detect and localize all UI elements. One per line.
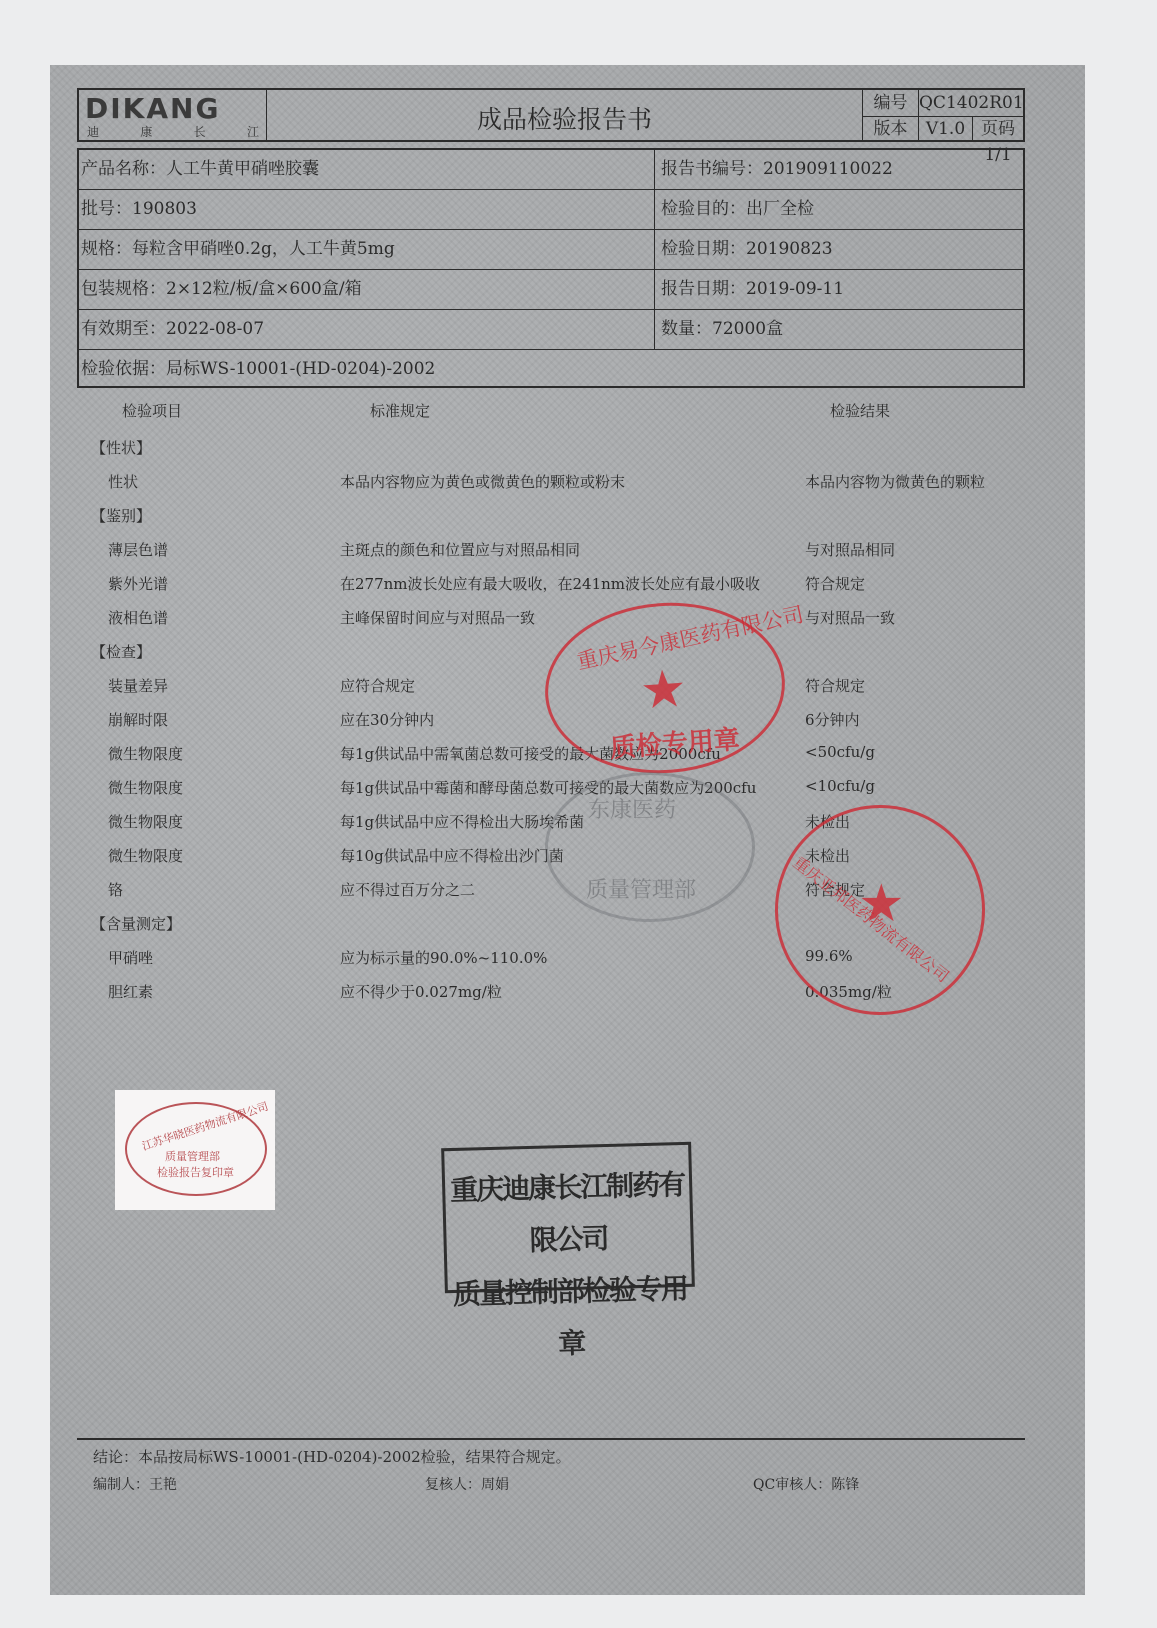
result-item-name: 崩解时限 xyxy=(108,709,168,730)
packaging-spec: 包装规格：2×12粒/板/盒×600盒/箱 xyxy=(79,270,655,309)
copy-stamp: 江苏华晓医药物流有限公司 质量管理部 检验报告复印章 xyxy=(125,1102,267,1196)
specification: 规格：每粒含甲硝唑0.2g，人工牛黄5mg xyxy=(79,230,655,269)
result-standard: 本品内容物应为黄色或微黄色的颗粒或粉末 xyxy=(340,471,625,492)
batch-number: 批号：190803 xyxy=(79,190,655,229)
result-standard: 应为标示量的90.0%~110.0% xyxy=(340,947,547,968)
report-number: 报告书编号：201909110022 xyxy=(655,150,1023,189)
copy-stamp-arc: 江苏华晓医药物流有限公司 xyxy=(140,1098,270,1154)
faint-seal-label: 质量管理部 xyxy=(586,873,696,904)
column-header-standard: 标准规定 xyxy=(370,400,430,421)
result-standard: 应不得少于0.027mg/粒 xyxy=(340,981,502,1002)
section-title: 【性状】 xyxy=(91,437,151,458)
report-date: 报告日期：2019-09-11 xyxy=(655,270,1023,309)
result-item-name: 铬 xyxy=(108,879,123,900)
report-header: DIKANG 迪 康 长 江 成品检验报告书 编号 QC1402R01 版本 V… xyxy=(77,88,1025,142)
section-title: 【检查】 xyxy=(91,641,151,662)
result-standard: 应符合规定 xyxy=(340,675,415,696)
product-name: 产品名称：人工牛黄甲硝唑胶囊 xyxy=(79,150,655,189)
result-item-name: 微生物限度 xyxy=(108,811,183,832)
quality-seal-2: 重庆亚邦医药物流有限公司 ★ xyxy=(775,805,985,1015)
result-value: 符合规定 xyxy=(805,675,865,696)
result-standard: 主峰保留时间应与对照品一致 xyxy=(340,607,535,628)
prepared-by: 编制人：王艳 xyxy=(93,1474,177,1494)
logo-sub-char: 江 xyxy=(247,123,259,140)
result-value: 符合规定 xyxy=(805,573,865,594)
result-standard: 应不得过百万分之二 xyxy=(340,879,475,900)
seal-label: 质检专用章 xyxy=(609,719,741,765)
logo-subtitle: 迪 康 长 江 xyxy=(87,123,259,140)
logo-sub-char: 康 xyxy=(140,123,152,140)
result-item-name: 紫外光谱 xyxy=(108,573,168,594)
result-item-name: 微生物限度 xyxy=(108,845,183,866)
result-standard: 在277nm波长处应有最大吸收，在241nm波长处应有最小吸收 xyxy=(340,573,760,594)
section-title: 【鉴别】 xyxy=(91,505,151,526)
company-logo: DIKANG 迪 康 长 江 xyxy=(79,90,267,140)
copy-stamp-line1: 质量管理部 xyxy=(165,1148,220,1164)
faint-seal-arc: 东康医药 xyxy=(588,793,676,824)
document-meta: 编号 QC1402R01 版本 V1.0 页码1/1 xyxy=(863,90,1023,140)
result-standard: 每10g供试品中应不得检出沙门菌 xyxy=(340,845,564,866)
result-standard: 应在30分钟内 xyxy=(340,709,434,730)
result-item-name: 性状 xyxy=(108,471,138,492)
qc-department-stamp: 重庆迪康长江制药有限公司 质量控制部检验专用章 xyxy=(441,1142,695,1293)
result-value: 与对照品相同 xyxy=(805,539,895,560)
star-icon: ★ xyxy=(638,663,688,718)
footer-divider xyxy=(77,1438,1025,1440)
logo-sub-char: 长 xyxy=(194,123,206,140)
star-icon: ★ xyxy=(858,878,905,930)
expiry-date: 有效期至：2022-08-07 xyxy=(79,310,655,349)
result-value: <50cfu/g xyxy=(805,743,875,761)
page-number: 页码1/1 xyxy=(973,116,1023,142)
copy-stamp-box: 江苏华晓医药物流有限公司 质量管理部 检验报告复印章 xyxy=(115,1090,275,1210)
result-item-name: 微生物限度 xyxy=(108,777,183,798)
version-value: V1.0 xyxy=(919,116,973,142)
result-item-name: 装量差异 xyxy=(108,675,168,696)
product-info-table: 产品名称：人工牛黄甲硝唑胶囊 报告书编号：201909110022 批号：190… xyxy=(77,148,1025,388)
inspection-basis: 检验依据：局标WS-10001-(HD-0204)-2002 xyxy=(79,350,1023,390)
title-cell: 成品检验报告书 xyxy=(267,90,863,140)
version-label: 版本 xyxy=(863,116,919,142)
section-title: 【含量测定】 xyxy=(91,913,181,934)
column-header-item: 检验项目 xyxy=(122,400,182,421)
copy-stamp-line2: 检验报告复印章 xyxy=(157,1164,234,1180)
logo-brand-text: DIKANG xyxy=(85,92,220,125)
reviewed-by: 复核人：周娟 xyxy=(425,1474,509,1494)
code-value: QC1402R01 xyxy=(919,90,1023,116)
result-standard: 主斑点的颜色和位置应与对照品相同 xyxy=(340,539,580,560)
result-item-name: 微生物限度 xyxy=(108,743,183,764)
result-item-name: 薄层色谱 xyxy=(108,539,168,560)
qc-approved-by: QC审核人：陈锋 xyxy=(753,1474,859,1494)
result-item-name: 胆红素 xyxy=(108,981,153,1002)
logo-sub-char: 迪 xyxy=(87,123,99,140)
quantity: 数量：72000盒 xyxy=(655,310,1023,349)
qc-stamp-line1: 重庆迪康长江制药有限公司 xyxy=(445,1159,692,1269)
qc-stamp-line2: 质量控制部检验专用章 xyxy=(447,1263,694,1373)
result-value: 本品内容物为微黄色的颗粒 xyxy=(805,471,985,492)
test-date: 检验日期：20190823 xyxy=(655,230,1023,269)
column-header-result: 检验结果 xyxy=(830,400,890,421)
code-label: 编号 xyxy=(863,90,919,116)
faint-seal: 东康医药 质量管理部 xyxy=(545,772,755,922)
result-value: <10cfu/g xyxy=(805,777,875,795)
result-item-name: 甲硝唑 xyxy=(108,947,153,968)
inspection-purpose: 检验目的：出厂全检 xyxy=(655,190,1023,229)
result-value: 6分钟内 xyxy=(805,709,860,730)
result-value: 与对照品一致 xyxy=(805,607,895,628)
document-title: 成品检验报告书 xyxy=(267,100,862,136)
result-item-name: 液相色谱 xyxy=(108,607,168,628)
conclusion: 结论：本品按局标WS-10001-(HD-0204)-2002检验，结果符合规定… xyxy=(93,1446,571,1467)
